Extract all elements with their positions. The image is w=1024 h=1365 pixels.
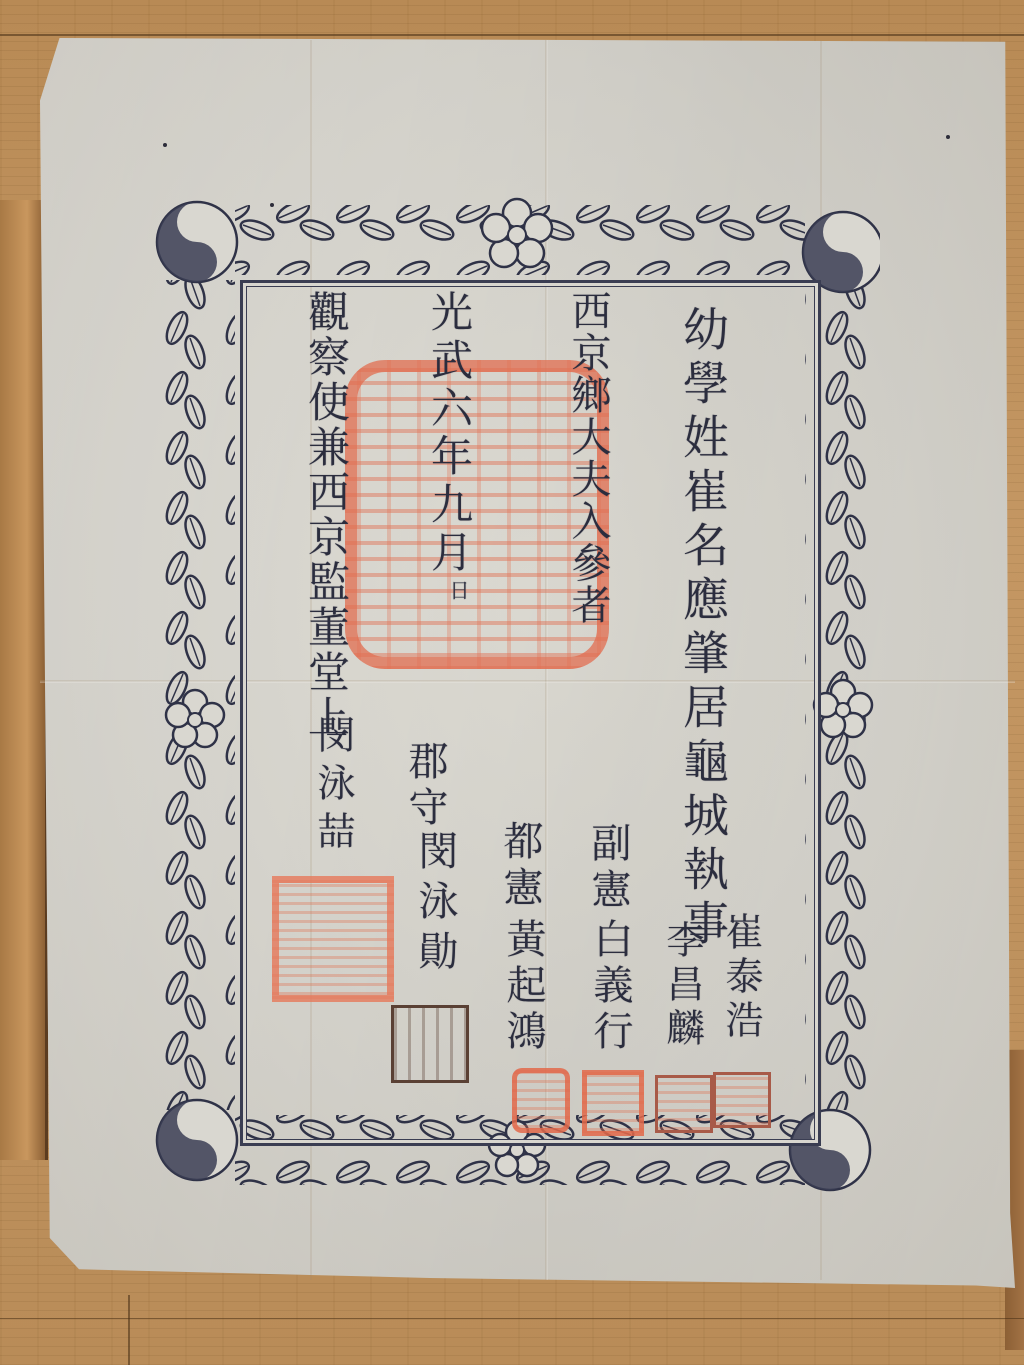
deputy-title: 副憲 <box>588 822 628 914</box>
ink-speck <box>946 135 950 139</box>
seal-lee-chang-rin <box>655 1075 713 1133</box>
second-name: 崔泰浩 <box>722 912 760 1044</box>
issuer-title: 觀察使兼西京監董堂上 <box>305 290 347 740</box>
seal-hwang-gi-hong <box>512 1068 570 1133</box>
clerk-name: 李昌麟 <box>663 920 701 1052</box>
brown-square-seal <box>391 1005 469 1083</box>
issuer-name: 閔泳喆 <box>314 715 352 859</box>
taeguk-corner-icon <box>157 1100 237 1180</box>
date-column: 光武六年九月 <box>428 290 470 578</box>
seal-baek-ui-haeng <box>582 1070 644 1136</box>
recipient-column: 幼學姓崔名應肇居龜城執事 <box>680 305 726 953</box>
ink-speck <box>163 143 167 147</box>
floor-seam <box>128 1295 130 1365</box>
floor-seam <box>0 34 1024 36</box>
red-square-seal <box>272 876 394 1002</box>
governor-title: 郡守 <box>405 740 445 832</box>
chief-name: 黃起鴻 <box>503 918 543 1056</box>
floor-seam <box>0 1318 1024 1319</box>
taeguk-corner-icon <box>157 202 237 282</box>
governor-name: 閔泳勛 <box>415 830 455 980</box>
seal-choi-tae-ho <box>713 1072 771 1128</box>
chief-title: 都憲 <box>500 820 540 912</box>
reason-column: 西京鄉大夫入參者 <box>568 290 608 626</box>
date-day: 日 <box>448 580 468 604</box>
deputy-name: 白義行 <box>590 918 630 1056</box>
